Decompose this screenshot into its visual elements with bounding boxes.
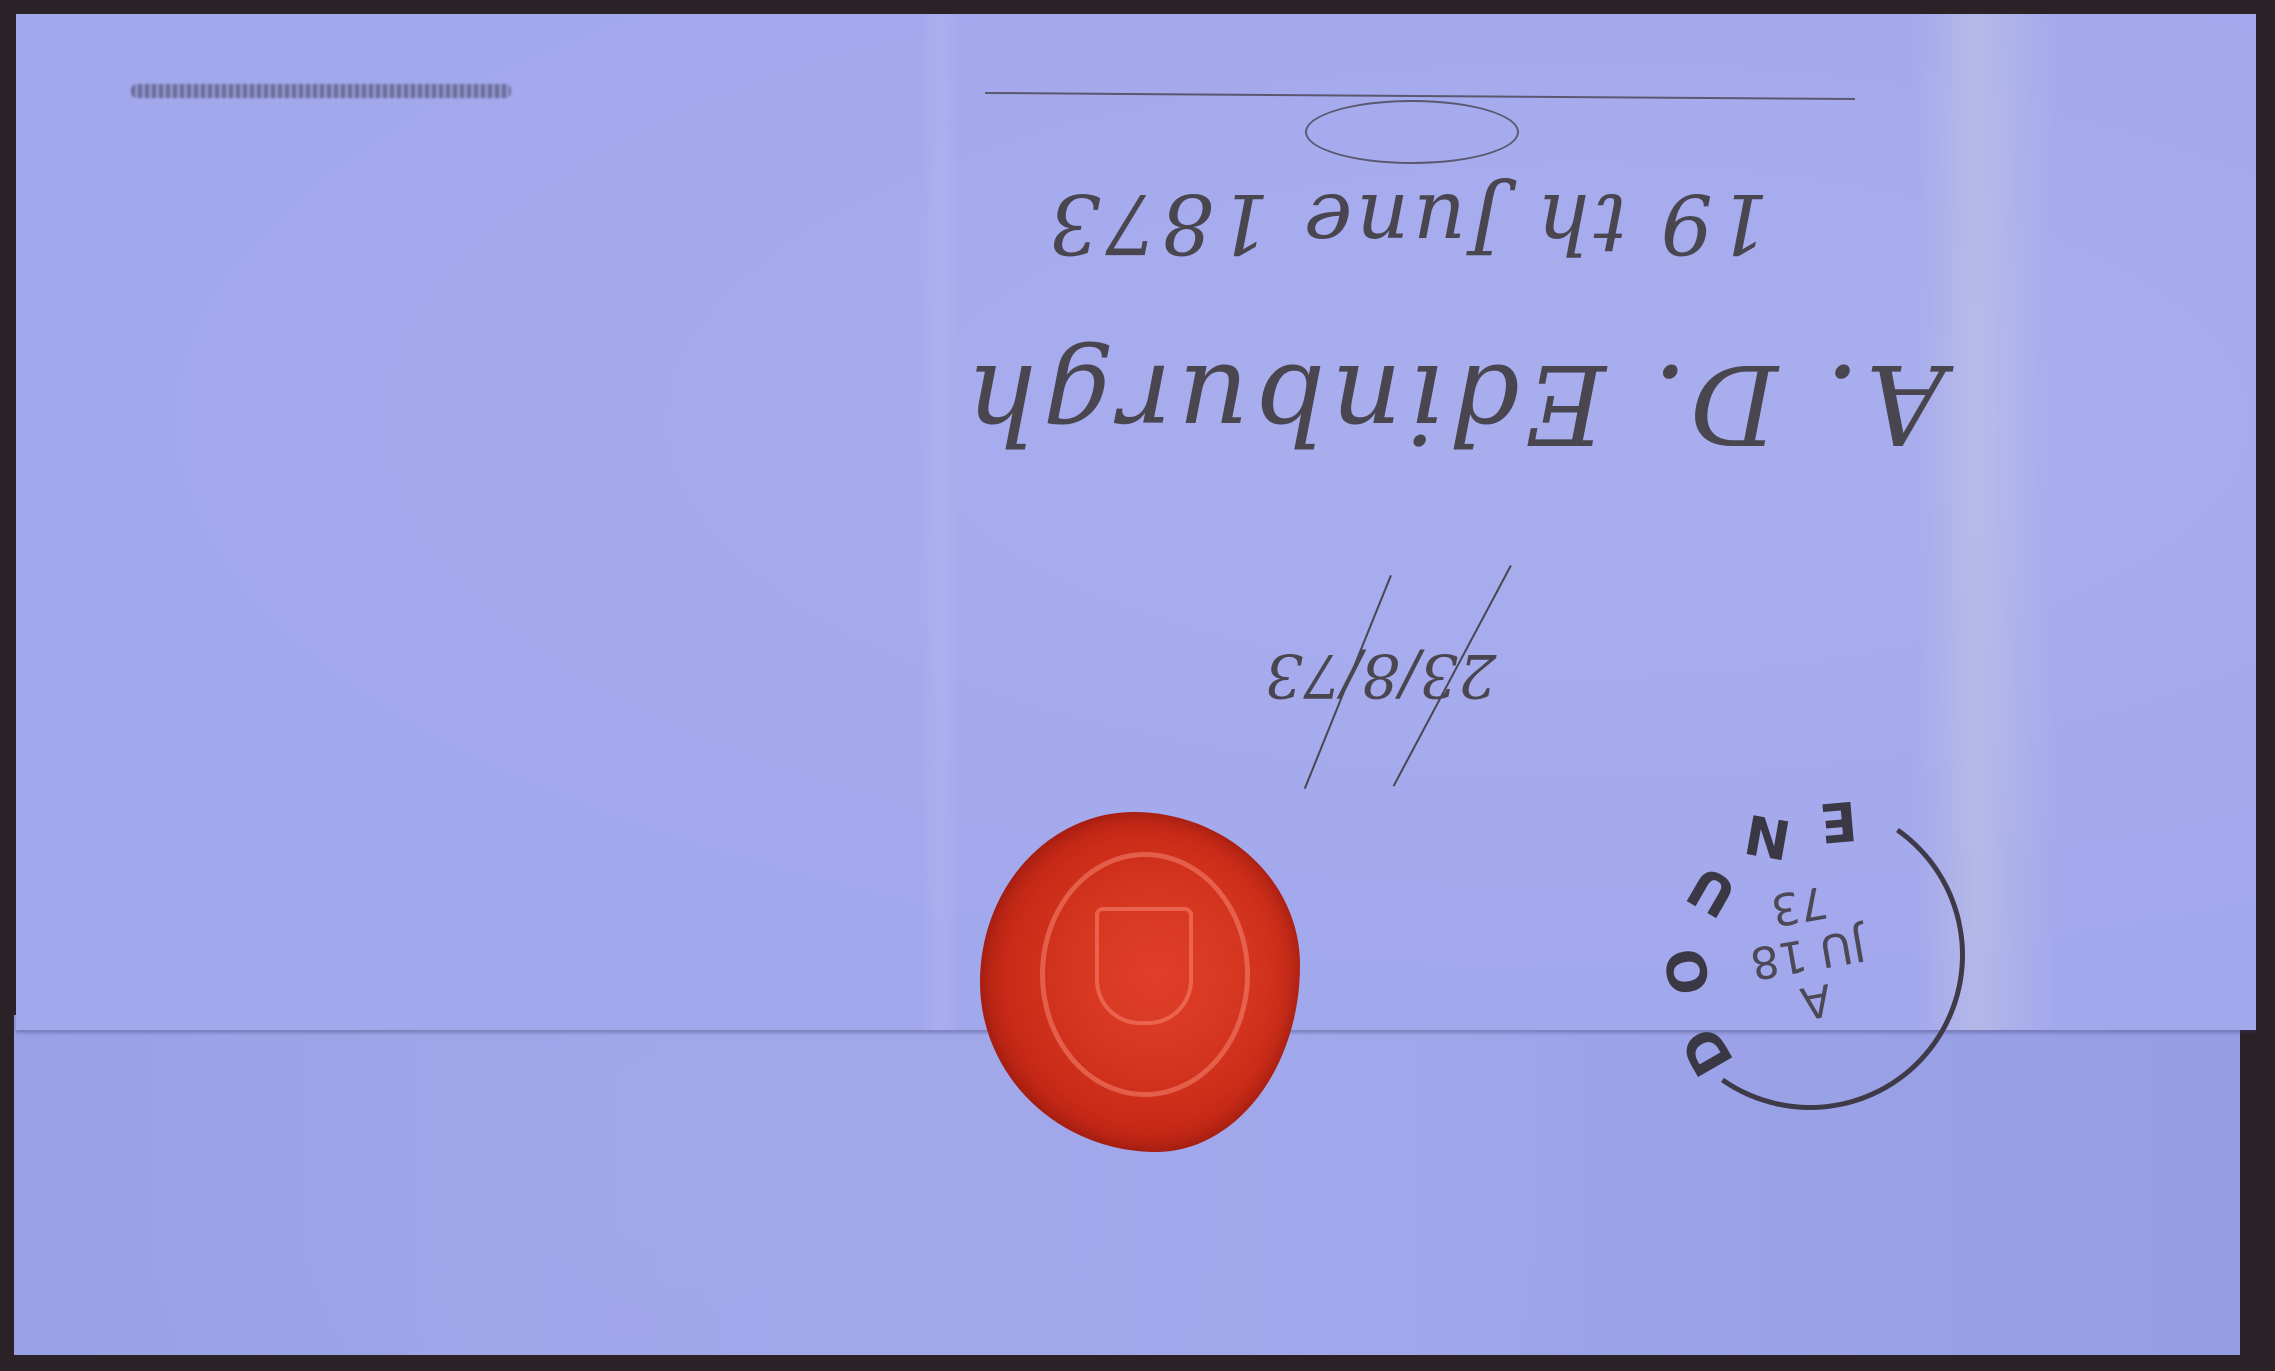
seal-shield-icon: [1095, 907, 1193, 1025]
postmark-letter: D: [1669, 1016, 1746, 1086]
docket-flourish: [1305, 100, 1519, 164]
postmark-letter: O: [1653, 943, 1723, 999]
postmark-letter: N: [1740, 802, 1795, 872]
ink-smudge: [131, 84, 511, 98]
docket-reference: 23/8/73: [1265, 640, 1496, 710]
postmark-date: A JU 18 73: [1738, 871, 1877, 1034]
docket-date: 19 th June 1873: [1045, 175, 1769, 270]
postmark-letter: E: [1817, 789, 1859, 855]
postmark-letter: U: [1677, 853, 1746, 929]
docket-name: A. D. Edinburgh: [960, 340, 1945, 468]
